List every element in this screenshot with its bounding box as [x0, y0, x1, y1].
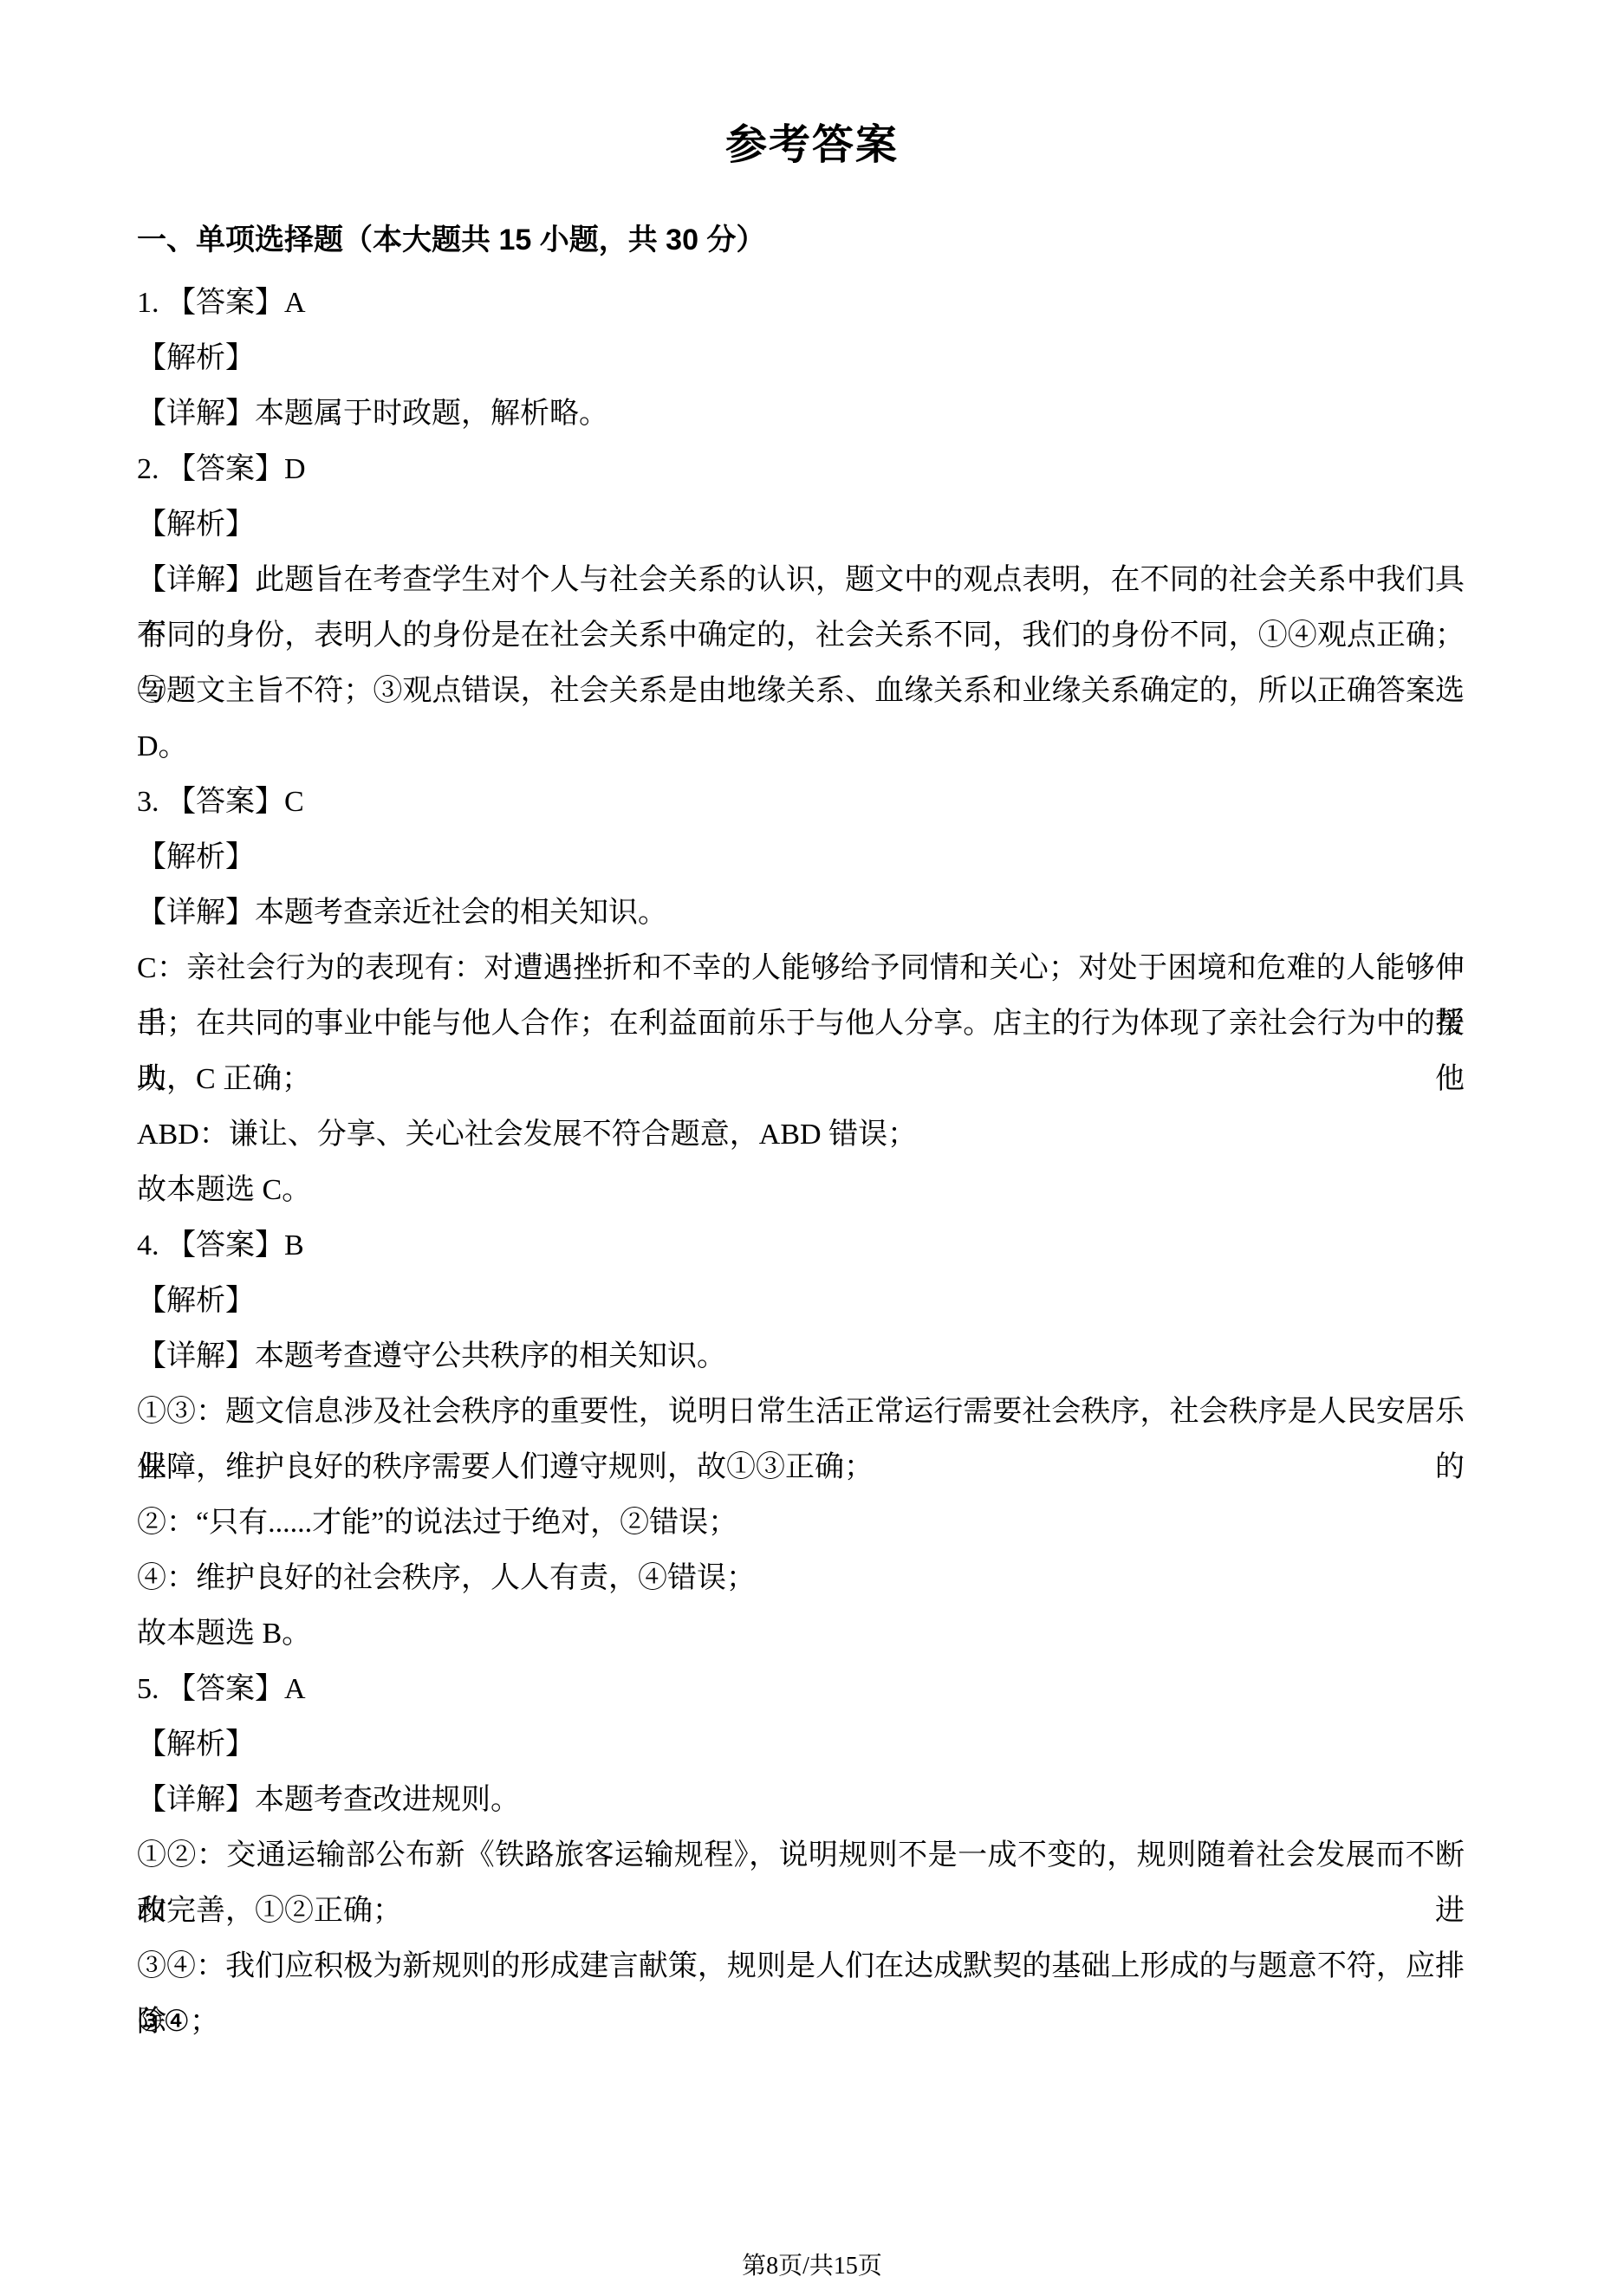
- answer-line: 3. 【答案】C: [137, 775, 1465, 830]
- analysis-line: 【解析】: [137, 331, 1465, 386]
- answer-line: 2. 【答案】D: [137, 442, 1465, 497]
- answer-list: 1. 【答案】A 【解析】 【详解】本题属于时政题，解析略。 2. 【答案】D …: [137, 276, 1465, 2050]
- analysis-line: 【解析】: [137, 1274, 1465, 1329]
- body-line: 与题文主旨不符；③观点错误，社会关系是由地缘关系、血缘关系和业缘关系确定的，所以…: [137, 664, 1465, 719]
- document-page: 参考答案 一、单项选择题（本大题共 15 小题，共 30 分） 1. 【答案】A…: [0, 0, 1624, 2296]
- body-line: ④：维护良好的社会秩序，人人有责，④错误；: [137, 1551, 1465, 1606]
- detail-line: 【详解】本题属于时政题，解析略。: [137, 386, 1465, 442]
- page-title: 参考答案: [0, 0, 1624, 172]
- question-block: 1. 【答案】A 【解析】 【详解】本题属于时政题，解析略。: [137, 276, 1465, 442]
- body-line: ①②：交通运输部公布新《铁路旅客运输规程》，说明规则不是一成不变的，规则随着社会…: [137, 1828, 1465, 1884]
- question-block: 4. 【答案】B 【解析】 【详解】本题考查遵守公共秩序的相关知识。 ①③：题文…: [137, 1218, 1465, 1662]
- page-footer: 第8页/共15页: [0, 2249, 1624, 2284]
- answer-line: 4. 【答案】B: [137, 1218, 1465, 1274]
- conclusion-line: 故本题选 C。: [137, 1163, 1465, 1218]
- detail-line: 【详解】本题考查改进规则。: [137, 1773, 1465, 1828]
- conclusion-line: 故本题选 B。: [137, 1606, 1465, 1662]
- body-line: 手；在共同的事业中能与他人合作；在利益面前乐于与他人分享。店主的行为体现了亲社会…: [137, 996, 1465, 1052]
- detail-line: 【详解】此题旨在考查学生对个人与社会关系的认识，题文中的观点表明，在不同的社会关…: [137, 553, 1465, 608]
- question-block: 5. 【答案】A 【解析】 【详解】本题考查改进规则。 ①②：交通运输部公布新《…: [137, 1662, 1465, 2050]
- analysis-line: 【解析】: [137, 497, 1465, 553]
- analysis-line: 【解析】: [137, 1717, 1465, 1773]
- body-line: D。: [137, 719, 1465, 775]
- body-line: ABD：谦让、分享、关心社会发展不符合题意，ABD 错误；: [137, 1107, 1465, 1163]
- body-line: ②：“只有......才能”的说法过于绝对，②错误；: [137, 1495, 1465, 1551]
- body-line: ③④；: [137, 1994, 1465, 2050]
- body-line: C：亲社会行为的表现有：对遭遇挫折和不幸的人能够给予同情和关心；对处于困境和危难…: [137, 941, 1465, 996]
- body-line: 不同的身份，表明人的身份是在社会关系中确定的，社会关系不同，我们的身份不同，①④…: [137, 608, 1465, 664]
- question-block: 2. 【答案】D 【解析】 【详解】此题旨在考查学生对个人与社会关系的认识，题文…: [137, 442, 1465, 775]
- body-line: ①③：题文信息涉及社会秩序的重要性，说明日常生活正常运行需要社会秩序，社会秩序是…: [137, 1385, 1465, 1440]
- analysis-line: 【解析】: [137, 830, 1465, 885]
- answer-line: 1. 【答案】A: [137, 276, 1465, 331]
- body-line: ③④：我们应积极为新规则的形成建言献策，规则是人们在达成默契的基础上形成的与题意…: [137, 1939, 1465, 1994]
- answer-line: 5. 【答案】A: [137, 1662, 1465, 1717]
- question-block: 3. 【答案】C 【解析】 【详解】本题考查亲近社会的相关知识。 C：亲社会行为…: [137, 775, 1465, 1218]
- section-heading: 一、单项选择题（本大题共 15 小题，共 30 分）: [137, 222, 1465, 258]
- detail-line: 【详解】本题考查亲近社会的相关知识。: [137, 885, 1465, 941]
- detail-line: 【详解】本题考查遵守公共秩序的相关知识。: [137, 1329, 1465, 1385]
